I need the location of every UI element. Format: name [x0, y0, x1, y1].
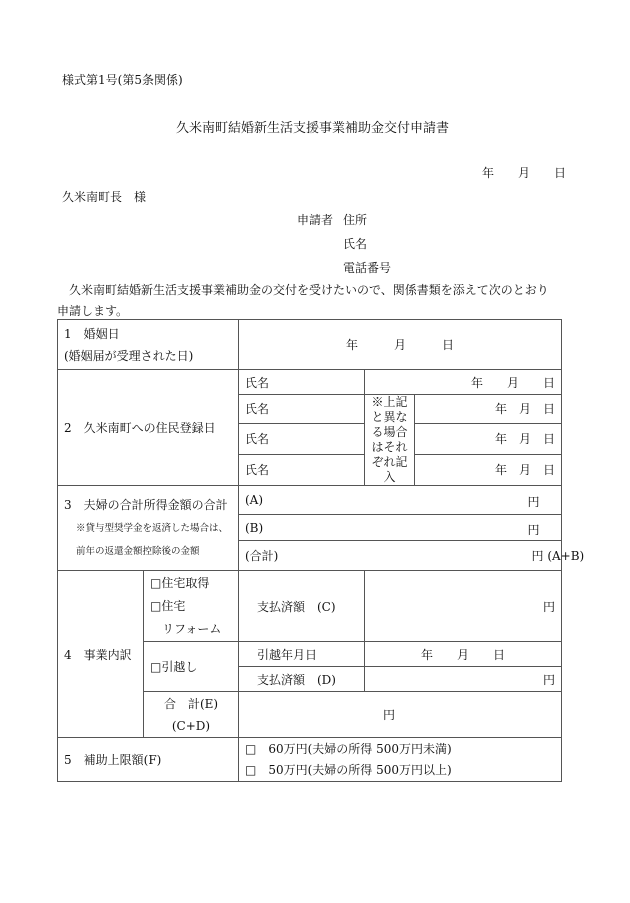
limit-row: 5 補助上限額(F) □ 60万円(夫婦の所得 500万円未満) □ 50万円(…	[58, 738, 562, 782]
limit-option-60[interactable]: □ 60万円(夫婦の所得 500万円未満)	[245, 739, 555, 760]
project-row: 4 事業内訳 □住宅取得 □住宅 リフォーム 支払済額 (C) 円	[58, 571, 562, 642]
housing-acquire-checkbox[interactable]: □住宅取得	[150, 572, 232, 595]
registration-name-1[interactable]: 氏名	[239, 370, 365, 395]
phone-label: 電話番号	[343, 259, 391, 276]
form-number: 様式第1号(第5条関係)	[62, 71, 183, 88]
limit-options: □ 60万円(夫婦の所得 500万円未満) □ 50万円(夫婦の所得 500万円…	[239, 738, 562, 782]
date-line: 年 月 日	[482, 164, 566, 181]
project-total-label: 合 計(E) (C+D)	[144, 692, 239, 738]
housing-options: □住宅取得 □住宅 リフォーム	[144, 571, 239, 642]
income-a-field[interactable]: (A) 円	[239, 486, 562, 515]
marriage-date-label: 1 婚姻日 (婚姻届が受理された日)	[58, 320, 239, 370]
registration-row: 2 久米南町への住民登録日 氏名 年 月 日	[58, 370, 562, 395]
registration-date-4[interactable]: 年 月 日	[415, 454, 562, 485]
income-b-field[interactable]: (B) 円	[239, 515, 562, 541]
registration-date-3[interactable]: 年 月 日	[415, 423, 562, 454]
moving-date-label: 引越年月日	[239, 642, 365, 667]
applicant-label: 申請者	[297, 211, 333, 228]
registration-label: 2 久米南町への住民登録日	[58, 370, 239, 486]
addressee: 久米南町長 様	[62, 188, 146, 205]
registration-note: ※上記と異なる場合はそれぞれ記入	[365, 395, 415, 486]
registration-date-2[interactable]: 年 月 日	[415, 395, 562, 424]
marriage-date-row: 1 婚姻日 (婚姻届が受理された日) 年 月 日	[58, 320, 562, 370]
marriage-date-field[interactable]: 年 月 日	[239, 320, 562, 370]
paid-d-field[interactable]: 円	[365, 667, 562, 692]
registration-name-2[interactable]: 氏名	[239, 395, 365, 424]
registration-date-1[interactable]: 年 月 日	[365, 370, 562, 395]
registration-name-3[interactable]: 氏名	[239, 423, 365, 454]
moving-checkbox[interactable]: □引越し	[144, 642, 239, 692]
limit-label: 5 補助上限額(F)	[58, 738, 239, 782]
moving-date-field[interactable]: 年 月 日	[365, 642, 562, 667]
page-title: 久米南町結婚新生活支援事業補助金交付申請書	[176, 117, 449, 136]
income-row: 3 夫婦の合計所得金額の合計 ※貸与型奨学金を返済した場合は、 前年の返還金額控…	[58, 486, 562, 515]
address-label: 住所	[343, 211, 367, 228]
registration-name-4[interactable]: 氏名	[239, 454, 365, 485]
body-text-line2: 申請します。	[57, 302, 128, 319]
paid-c-field[interactable]: 円	[365, 571, 562, 642]
application-table: 1 婚姻日 (婚姻届が受理された日) 年 月 日 2 久米南町への住民登録日 氏…	[57, 319, 562, 782]
project-total-field[interactable]: 円	[239, 692, 562, 738]
income-total-field[interactable]: (合計) 円 (A+B)	[239, 541, 562, 571]
name-label: 氏名	[343, 235, 367, 252]
housing-reform-checkbox[interactable]: □住宅	[150, 595, 232, 618]
income-label: 3 夫婦の合計所得金額の合計 ※貸与型奨学金を返済した場合は、 前年の返還金額控…	[58, 486, 239, 571]
paid-d-label: 支払済額 (D)	[239, 667, 365, 692]
body-text-line1: 久米南町結婚新生活支援事業補助金の交付を受けたいので、関係書類を添えて次のとおり	[57, 281, 549, 298]
limit-option-50[interactable]: □ 50万円(夫婦の所得 500万円以上)	[245, 760, 555, 781]
project-label: 4 事業内訳	[58, 571, 144, 738]
paid-c-label: 支払済額 (C)	[239, 571, 365, 642]
